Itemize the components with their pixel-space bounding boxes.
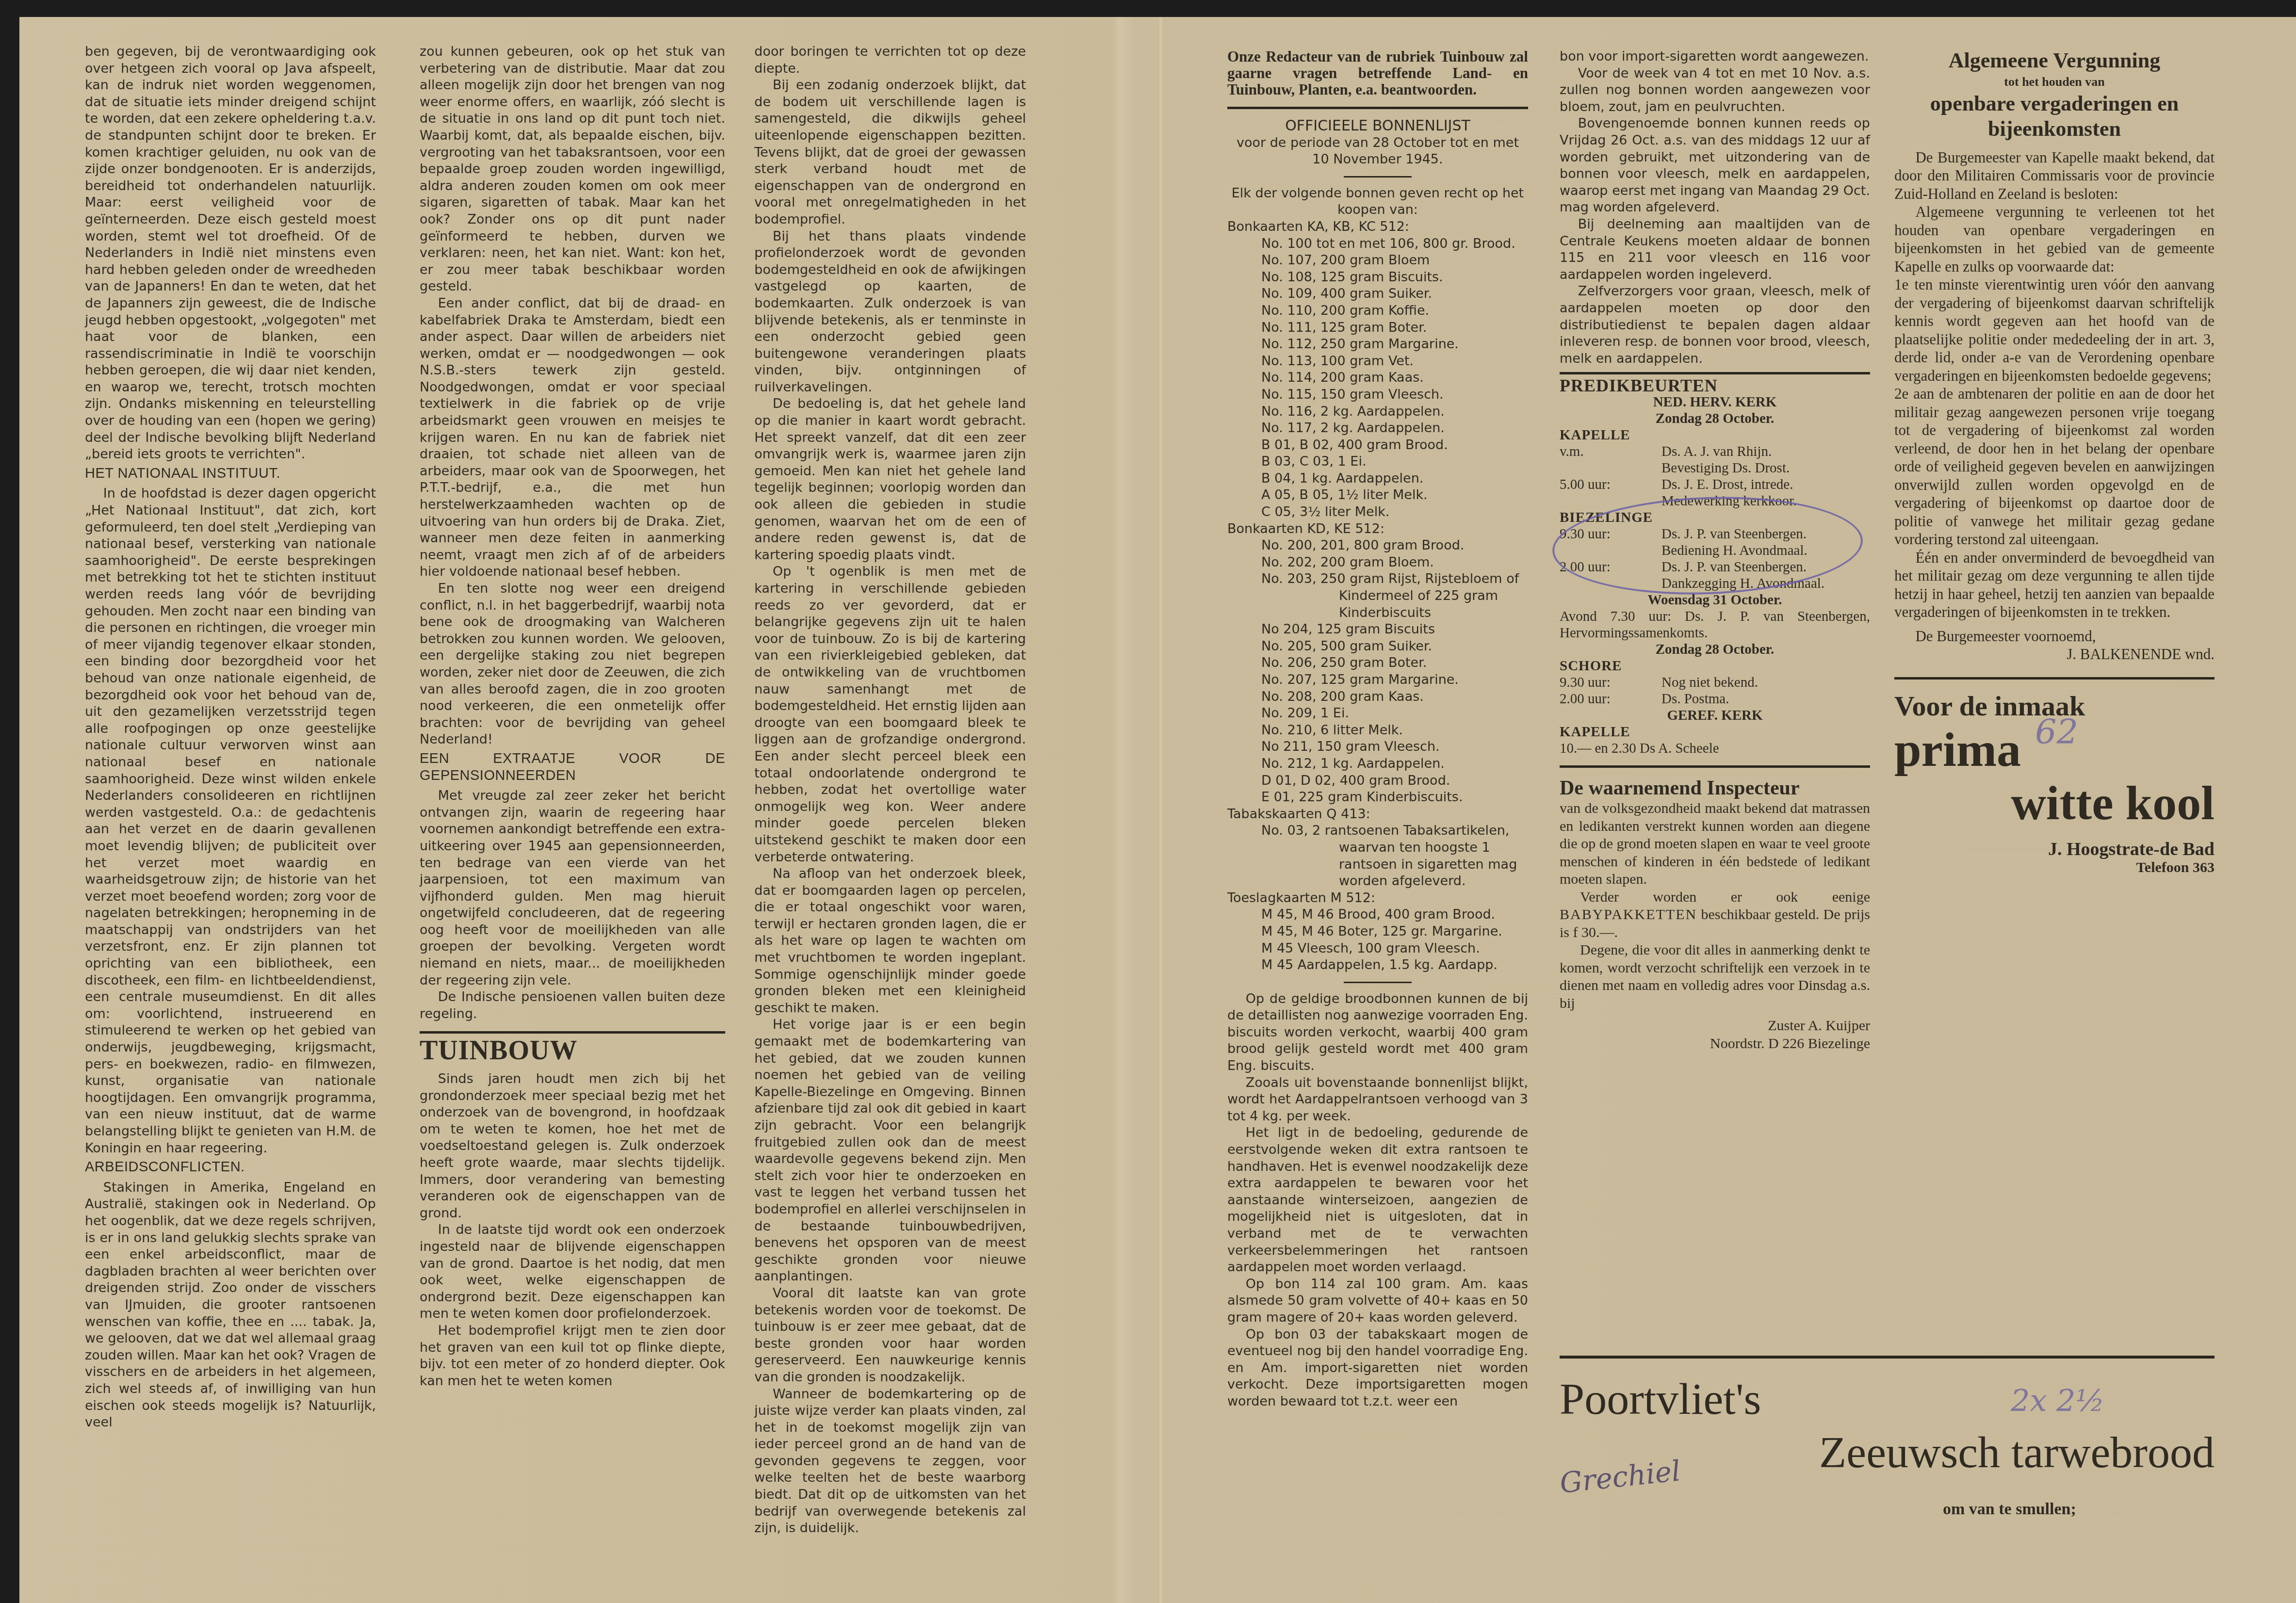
- bonnen-text: Voor de week van 4 tot en met 10 Nov. a.…: [1560, 65, 1870, 116]
- bon-item: E 01, 225 gram Kinderbiscuits.: [1227, 789, 1528, 806]
- notice-signer: Zuster A. Kuijper: [1560, 1017, 1870, 1035]
- article-text: Op 't ogenblik is men met de kartering i…: [754, 564, 1026, 866]
- divider: [1227, 107, 1528, 109]
- ad-line: Poortvliet's: [1560, 1373, 1761, 1425]
- bon-item: No. 113, 100 gram Vet.: [1227, 353, 1528, 370]
- bon-item: No. 200, 201, 800 gram Brood.: [1227, 537, 1528, 554]
- handwritten-note: 62: [2035, 723, 2078, 742]
- center-fold: [1159, 17, 1162, 1603]
- service-text: 10.— en 2.30 Ds A. Scheele: [1560, 740, 1870, 757]
- divider: [420, 1031, 725, 1034]
- ad-line: witte kool: [1894, 777, 2215, 830]
- service-row: v.m.Ds. A. J. van Rhijn.: [1560, 443, 1870, 460]
- article-text: Bij het thans plaats vindende profielond…: [754, 228, 1026, 396]
- service-text: Ds. A. J. van Rhijn.: [1661, 443, 1772, 460]
- service-time: 9.30 uur:: [1560, 674, 1661, 691]
- bon-item: No. 109, 400 gram Suiker.: [1227, 286, 1528, 303]
- bonnenlijst-subtitle: voor de periode van 28 October tot en me…: [1227, 135, 1528, 168]
- bonkaart-group-label: Bonkaarten KD, KE 512:: [1227, 521, 1528, 538]
- left-col-2: zou kunnen gebeuren, ook op het stuk van…: [420, 44, 725, 1390]
- inspecteur-notice: De waarnemend Inspecteur van de volksgez…: [1560, 777, 1870, 1052]
- service-date: Zondag 28 October.: [1560, 641, 1870, 658]
- notice-title: De waarnemend Inspecteur: [1560, 777, 1870, 800]
- service-text: Bevestiging Ds. Drost.: [1661, 460, 1790, 476]
- handwritten-signature: Grechiel: [1558, 1454, 1682, 1500]
- article-text: Vooral dit laatste kan van grote beteken…: [754, 1285, 1026, 1386]
- vergunning-text: Één en ander onverminderd de bevoegdheid…: [1894, 549, 2215, 621]
- vergunning-signer: J. BALKENENDE wnd.: [1894, 645, 2215, 664]
- bonnen-text: Bovengenoemde bonnen kunnen reeds op Vri…: [1560, 115, 1870, 216]
- bon-item: No. 112, 250 gram Margarine.: [1227, 336, 1528, 353]
- article-text: De Indische pensioenen vallen buiten dez…: [420, 989, 725, 1022]
- article-text: ben gegeven, bij de verontwaardiging ook…: [85, 44, 376, 463]
- church-name: NED. HERV. KERK: [1560, 394, 1870, 410]
- editor-note: Onze Redacteur van de rubriek Tuinbouw z…: [1227, 49, 1528, 98]
- article-text: Wanneer de bodemkartering op de juiste w…: [754, 1386, 1026, 1537]
- bon-item: No. 210, 6 litter Melk.: [1227, 722, 1528, 739]
- service-row: 9.30 uur:Nog niet bekend.: [1560, 674, 1870, 691]
- section-heading: ARBEIDSCONFLICTEN.: [85, 1159, 376, 1176]
- bon-item: M 45 Vleesch, 100 gram Vleesch.: [1227, 940, 1528, 957]
- article-text: door boringen te verrichten tot op deze …: [754, 44, 1026, 77]
- bon-item: No. 03, 2 rantsoenen Tabaksartikelen, wa…: [1227, 823, 1528, 890]
- ad-witte-kool: Voor de inmaak prima witte kool J. Hoogs…: [1894, 689, 2215, 877]
- ad-phone: Telefoon 363: [1894, 858, 2215, 877]
- notice-emphasis: BABYPAKKETTEN: [1560, 907, 1697, 923]
- service-row: 5.00 uur:Ds. J. E. Drost, intrede.: [1560, 476, 1870, 493]
- vergunning-text: 2e aan de ambtenaren der politie en aan …: [1894, 385, 2215, 549]
- bon-item: No. 208, 200 gram Kaas.: [1227, 689, 1528, 706]
- section-heading: HET NATIONAAL INSTITUUT.: [85, 465, 376, 482]
- divider: [1560, 765, 1870, 768]
- bonnen-note: Het ligt in de bedoeling, gedurende de e…: [1227, 1125, 1528, 1276]
- bon-item: No. 116, 2 kg. Aardappelen.: [1227, 404, 1528, 421]
- bon-item: No. 117, 2 kg. Aardappelen.: [1227, 420, 1528, 437]
- bon-item: No. 107, 200 gram Bloem: [1227, 252, 1528, 269]
- article-text: Het vorige jaar is er een begin gemaakt …: [754, 1017, 1026, 1285]
- service-text: Nog niet bekend.: [1661, 674, 1758, 691]
- vergunning-text: 1e ten minste vierentwintig uren vóór de…: [1894, 275, 2215, 385]
- bon-item: B 01, B 02, 400 gram Brood.: [1227, 437, 1528, 454]
- bon-item: No 204, 125 gram Biscuits: [1227, 621, 1528, 638]
- ad-line: Zeeuwsch tarwebrood: [1819, 1426, 2215, 1478]
- bonnen-text: Bij deelneming aan maaltijden van de Cen…: [1560, 216, 1870, 283]
- notice-text: van de volksgezondheid maakt bekend dat …: [1560, 800, 1870, 889]
- bon-item: C 05, 3½ liter Melk.: [1227, 504, 1528, 521]
- bon-item: No. 202, 200 gram Bloem.: [1227, 554, 1528, 571]
- left-col-3: door boringen te verrichten tot op deze …: [754, 44, 1026, 1537]
- bon-item: No. 209, 1 Ei.: [1227, 705, 1528, 722]
- bon-item: M 45, M 46 Brood, 400 gram Brood.: [1227, 907, 1528, 923]
- notice-text: Verder worden er ook eenige: [1580, 889, 1870, 905]
- service-time: [1560, 460, 1661, 476]
- left-col-1: ben gegeven, bij de verontwaardiging ook…: [85, 44, 376, 1431]
- service-time: v.m.: [1560, 443, 1661, 460]
- notice-text: Verder worden er ook eenige BABYPAKKETTE…: [1560, 889, 1870, 942]
- service-date: Zondag 28 October.: [1560, 410, 1870, 427]
- bon-item: B 03, C 03, 1 Ei.: [1227, 453, 1528, 470]
- article-text: De bedoeling is, dat het gehele land op …: [754, 396, 1026, 564]
- service-time: 2.00 uur:: [1560, 691, 1661, 707]
- bon-item: No 211, 150 gram Vleesch.: [1227, 739, 1528, 756]
- bonnen-note: Op bon 114 zal 100 gram. Am. kaas alsmed…: [1227, 1276, 1528, 1327]
- place-schore: SCHORE: [1560, 658, 1870, 674]
- divider: [1344, 176, 1412, 178]
- service-time: 5.00 uur:: [1560, 476, 1661, 493]
- article-text: In de laatste tijd wordt ook een onderzo…: [420, 1222, 725, 1323]
- notice-address: Noordstr. D 226 Biezelinge: [1560, 1035, 1870, 1053]
- handwritten-note: 2x 2½: [2011, 1383, 2105, 1418]
- vergunning-text: De Burgemeester van Kapelle maakt bekend…: [1894, 148, 2215, 203]
- divider: [1560, 372, 1870, 374]
- article-text: Het bodemprofiel krijgt men te zien door…: [420, 1323, 725, 1390]
- article-text: Stakingen in Amerika, Engeland en Austra…: [85, 1180, 376, 1431]
- notice-text: Degene, die voor dit alles in aanmerking…: [1560, 941, 1870, 1012]
- vergunning-text: Algemeene vergunning te verleenen tot he…: [1894, 203, 2215, 275]
- bon-item: No. 203, 250 gram Rijst, Rijstebloem of …: [1227, 571, 1528, 621]
- church-name: GEREF. KERK: [1560, 707, 1870, 724]
- vergunning-title: Algemeene Vergunning: [1894, 49, 2215, 73]
- bon-item: No. 114, 200 gram Kaas.: [1227, 370, 1528, 387]
- section-heading: EEN EXTRAATJE VOOR DE GEPENSIONNEERDEN: [420, 750, 725, 784]
- bonnenlijst-title: OFFICIEELE BONNENLIJST: [1227, 118, 1528, 135]
- place-kapelle: KAPELLE: [1560, 724, 1870, 740]
- bon-item: A 05, B 05, 1½ liter Melk.: [1227, 487, 1528, 504]
- bon-item: M 45, M 46 Boter, 125 gr. Margarine.: [1227, 923, 1528, 940]
- article-text: Bij een zodanig onderzoek blijkt, dat de…: [754, 77, 1026, 228]
- divider: [1894, 677, 2215, 680]
- tuinbouw-heading: TUINBOUW: [420, 1042, 725, 1059]
- place-kapelle: KAPELLE: [1560, 427, 1870, 443]
- bon-item: No. 206, 250 gram Boter.: [1227, 655, 1528, 672]
- vergunning-closing: De Burgemeester voornoemd,: [1894, 627, 2215, 646]
- article-text: Met vreugde zal zeer zeker het bericht o…: [420, 788, 725, 989]
- service-row: Bevestiging Ds. Drost.: [1560, 460, 1870, 476]
- divider: [1344, 982, 1412, 983]
- bonnen-text: Zelfverzorgers voor graan, vleesch, melk…: [1560, 283, 1870, 367]
- service-text: Avond 7.30 uur: Ds. J. P. van Steenberge…: [1560, 608, 1870, 641]
- bon-item: No. 115, 150 gram Vleesch.: [1227, 387, 1528, 404]
- service-row: 2.00 uur:Ds. Postma.: [1560, 691, 1870, 707]
- article-text: Een ander conflict, dat bij de draad- en…: [420, 295, 725, 581]
- bonkaart-group-label: Toeslagkaarten M 512:: [1227, 890, 1528, 907]
- article-text: zou kunnen gebeuren, ook op het stuk van…: [420, 44, 725, 295]
- bon-item: No. 100 tot en met 106, 800 gr. Brood.: [1227, 236, 1528, 253]
- ad-tagline: om van te smullen;: [1943, 1500, 2076, 1519]
- bon-item: No. 212, 1 kg. Aardappelen.: [1227, 756, 1528, 773]
- service-text: Ds. J. E. Drost, intrede.: [1661, 476, 1793, 493]
- service-date: Woensdag 31 October.: [1560, 592, 1870, 608]
- vergunning-sub: tot het houden van: [1894, 73, 2215, 91]
- bon-item: No. 205, 500 gram Suiker.: [1227, 638, 1528, 655]
- bonnen-text: bon voor import-sigaretten wordt aangewe…: [1560, 49, 1870, 65]
- article-text: Na afloop van het onderzoek bleek, dat e…: [754, 866, 1026, 1017]
- bonkaart-group-label: Bonkaarten KA, KB, KC 512:: [1227, 219, 1528, 236]
- bonnen-note: Op bon 03 der tabakskaart mogen de event…: [1227, 1327, 1528, 1410]
- bon-item: No. 110, 200 gram Koffie.: [1227, 303, 1528, 320]
- bonkaart-group-label: Tabakskaarten Q 413:: [1227, 806, 1528, 823]
- article-text: Sinds jaren houdt men zich bij het grond…: [420, 1071, 725, 1222]
- bon-item: No. 207, 125 gram Margarine.: [1227, 672, 1528, 689]
- article-text: In de hoofdstad is dezer dagen opgericht…: [85, 486, 376, 1157]
- bon-item: No. 111, 125 gram Boter.: [1227, 320, 1528, 337]
- bon-item: M 45 Aardappelen, 1.5 kg. Aardapp.: [1227, 957, 1528, 974]
- ad-merchant: J. Hoogstrate-de Bad: [1894, 841, 2215, 859]
- bonnen-note: Zooals uit bovenstaande bonnenlijst blij…: [1227, 1075, 1528, 1125]
- bonnen-note: Op de geldige broodbonnen kunnen de bij …: [1227, 991, 1528, 1075]
- service-text: Ds. Postma.: [1661, 691, 1729, 707]
- bon-item: No. 108, 125 gram Biscuits.: [1227, 269, 1528, 286]
- predikbeurten-title: PREDIKBEURTEN: [1560, 377, 1870, 394]
- right-col-1: Onze Redacteur van de rubriek Tuinbouw z…: [1227, 49, 1528, 1410]
- bon-item: D 01, D 02, 400 gram Brood.: [1227, 773, 1528, 790]
- vergunning-title2: openbare vergaderingen en bijeenkomsten: [1894, 91, 2215, 142]
- bonnenlijst-intro: Elk der volgende bonnen geven recht op h…: [1227, 185, 1528, 219]
- right-col-3: Algemeene Vergunning tot het houden van …: [1894, 49, 2215, 877]
- bon-item: B 04, 1 kg. Aardappelen.: [1227, 470, 1528, 487]
- article-text: En ten slotte nog weer een dreigend conf…: [420, 581, 725, 748]
- ad-tarwebrood: Poortvliet's Zeeuwsch tarwebrood om van …: [1560, 1356, 2215, 1559]
